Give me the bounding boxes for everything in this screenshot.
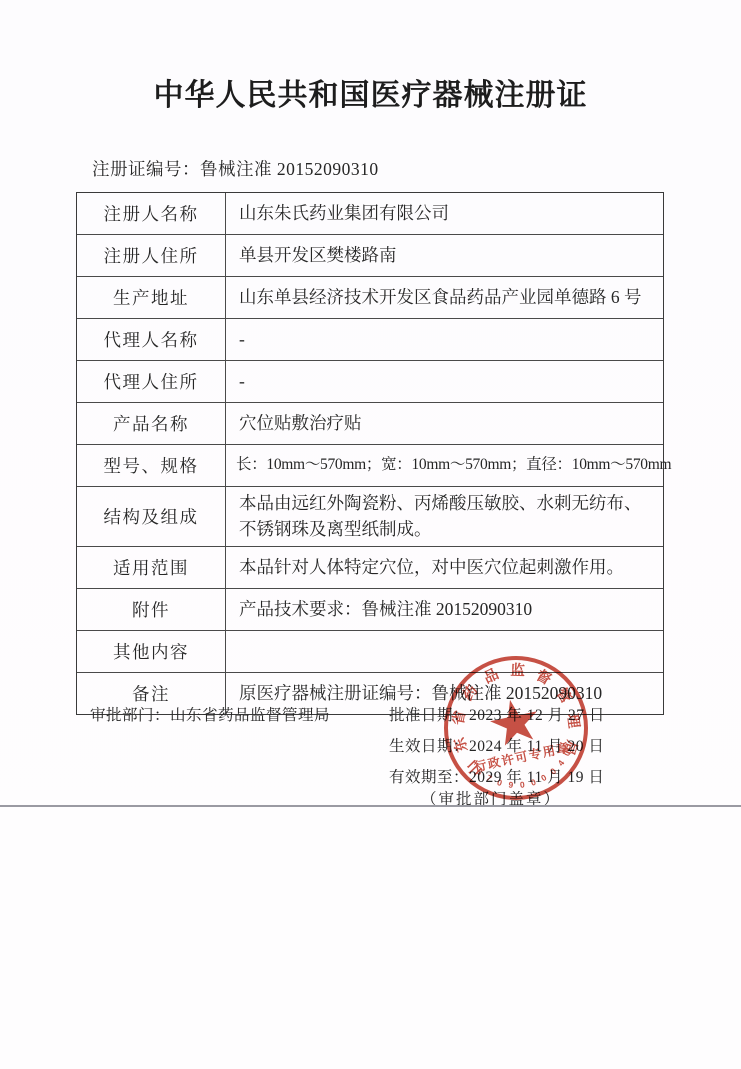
row-label: 附件 bbox=[77, 589, 226, 630]
approval-department: 审批部门：山东省药品监督管理局 bbox=[90, 703, 330, 725]
effective-date: 生效日期：2024 年 11 月 20 日 bbox=[389, 734, 604, 756]
approval-department-label: 审批部门： bbox=[90, 707, 170, 724]
table-row-attachment: 附件 产品技术要求：鲁械注准 20152090310 bbox=[77, 588, 663, 630]
row-label: 适用范围 bbox=[77, 547, 226, 588]
approval-date-label: 批准日期： bbox=[389, 707, 469, 724]
row-value: - bbox=[226, 319, 663, 360]
approval-date: 批准日期：2023 年 12 月 27 日 bbox=[389, 703, 605, 725]
certificate-page: 中华人民共和国医疗器械注册证 注册证编号：鲁械注准 20152090310 注册… bbox=[0, 0, 741, 1069]
certificate-number-label: 注册证编号： bbox=[92, 159, 200, 179]
row-label: 代理人住所 bbox=[77, 361, 226, 402]
effective-date-label: 生效日期： bbox=[389, 738, 469, 755]
row-label: 型号、规格 bbox=[77, 445, 226, 486]
registration-table: 注册人名称 山东朱氏药业集团有限公司 注册人住所 单县开发区樊楼路南 生产地址 … bbox=[76, 192, 664, 715]
bottom-divider-line bbox=[0, 805, 741, 807]
row-label: 代理人名称 bbox=[77, 319, 226, 360]
table-row-product-name: 产品名称 穴位贴敷治疗贴 bbox=[77, 402, 663, 444]
page-title: 中华人民共和国医疗器械注册证 bbox=[0, 70, 741, 114]
row-value: 山东朱氏药业集团有限公司 bbox=[226, 193, 663, 234]
row-value: 长：10mm～570mm；宽：10mm～570mm；直径：10mm～570mm bbox=[226, 445, 679, 486]
certificate-number-line: 注册证编号：鲁械注准 20152090310 bbox=[92, 156, 379, 181]
row-label: 注册人名称 bbox=[77, 193, 226, 234]
row-value: 单县开发区樊楼路南 bbox=[226, 235, 663, 276]
table-row-scope-of-application: 适用范围 本品针对人体特定穴位，对中医穴位起刺激作用。 bbox=[77, 546, 663, 588]
approval-department-value: 山东省药品监督管理局 bbox=[170, 707, 330, 724]
row-value: 穴位贴敷治疗贴 bbox=[226, 403, 663, 444]
row-label: 结构及组成 bbox=[77, 487, 226, 546]
row-value: 本品针对人体特定穴位，对中医穴位起刺激作用。 bbox=[226, 547, 663, 588]
table-row-registrant-address: 注册人住所 单县开发区樊楼路南 bbox=[77, 234, 663, 276]
row-label: 其他内容 bbox=[77, 631, 226, 672]
approval-date-value: 2023 年 12 月 27 日 bbox=[469, 707, 605, 724]
expiry-date-value: 2029 年 11 月 19 日 bbox=[469, 769, 604, 786]
table-row-model-spec: 型号、规格 长：10mm～570mm；宽：10mm～570mm；直径：10mm～… bbox=[77, 444, 663, 486]
table-row-production-address: 生产地址 山东单县经济技术开发区食品药品产业园单德路 6 号 bbox=[77, 276, 663, 318]
table-row-registrant-name: 注册人名称 山东朱氏药业集团有限公司 bbox=[77, 193, 663, 234]
row-value: - bbox=[226, 361, 663, 402]
expiry-date-label: 有效期至： bbox=[389, 769, 469, 786]
row-value bbox=[226, 631, 663, 672]
certificate-number-value: 鲁械注准 20152090310 bbox=[200, 159, 379, 179]
row-label: 产品名称 bbox=[77, 403, 226, 444]
table-row-agent-address: 代理人住所 - bbox=[77, 360, 663, 402]
expiry-date: 有效期至：2029 年 11 月 19 日 bbox=[389, 765, 604, 787]
effective-date-value: 2024 年 11 月 20 日 bbox=[469, 738, 604, 755]
table-row-structure-composition: 结构及组成 本品由远红外陶瓷粉、丙烯酸压敏胶、水刺无纺布、不锈钢珠及离型纸制成。 bbox=[77, 486, 663, 546]
table-row-other-content: 其他内容 bbox=[77, 630, 663, 672]
row-label: 注册人住所 bbox=[77, 235, 226, 276]
row-value: 产品技术要求：鲁械注准 20152090310 bbox=[226, 589, 663, 630]
row-value: 山东单县经济技术开发区食品药品产业园单德路 6 号 bbox=[226, 277, 663, 318]
row-value: 本品由远红外陶瓷粉、丙烯酸压敏胶、水刺无纺布、不锈钢珠及离型纸制成。 bbox=[226, 487, 663, 546]
row-label: 生产地址 bbox=[77, 277, 226, 318]
table-row-agent-name: 代理人名称 - bbox=[77, 318, 663, 360]
